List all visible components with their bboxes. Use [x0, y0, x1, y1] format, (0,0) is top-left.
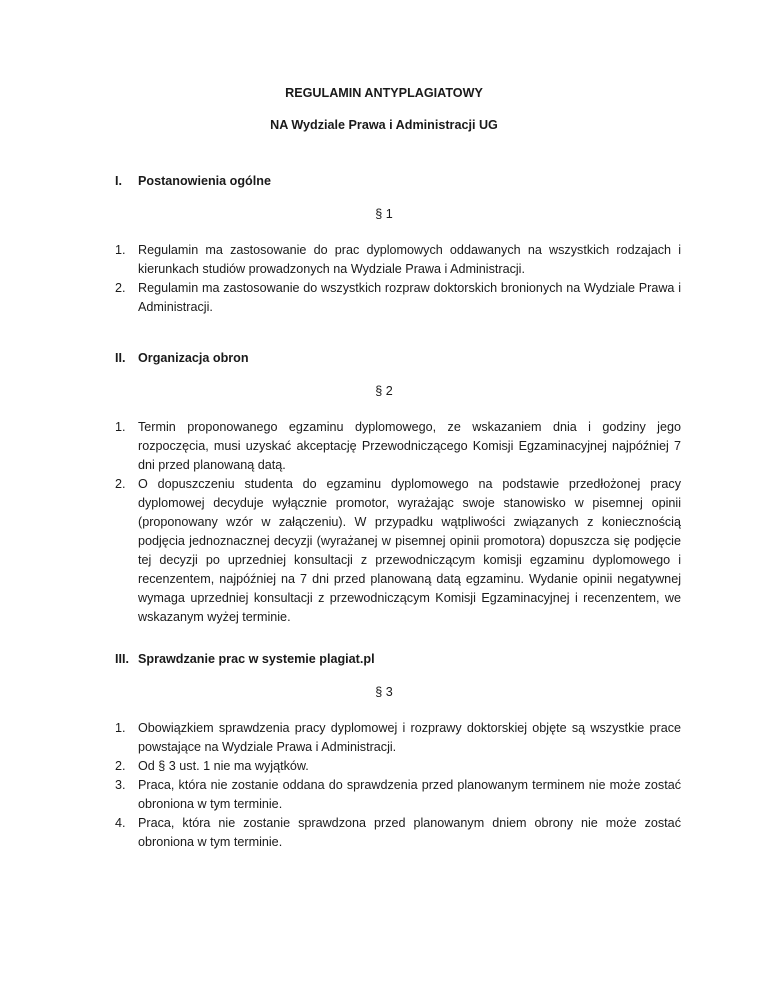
section-heading-1: I.Postanowienia ogólne — [115, 172, 271, 191]
list-item: 1.Regulamin ma zastosowanie do prac dypl… — [115, 241, 681, 279]
list-item: 3.Praca, która nie zostanie oddana do sp… — [115, 776, 681, 814]
section-title: Sprawdzanie prac w systemie plagiat.pl — [138, 652, 375, 666]
document-title: REGULAMIN ANTYPLAGIATOWY — [0, 84, 768, 103]
section-number: I. — [115, 172, 138, 191]
list-item: 2.Regulamin ma zastosowanie do wszystkic… — [115, 279, 681, 317]
section-heading-2: II.Organizacja obron — [115, 349, 249, 368]
section-heading-3: III.Sprawdzanie prac w systemie plagiat.… — [115, 650, 375, 669]
section-number: III. — [115, 650, 138, 669]
list-item: 4.Praca, która nie zostanie sprawdzona p… — [115, 814, 681, 852]
section-2-list: 1.Termin proponowanego egzaminu dyplomow… — [115, 418, 681, 627]
list-item: 2.Od § 3 ust. 1 nie ma wyjątków. — [115, 757, 681, 776]
section-title: Postanowienia ogólne — [138, 174, 271, 188]
paragraph-mark-2: § 2 — [0, 382, 768, 401]
list-item: 1.Obowiązkiem sprawdzenia pracy dyplomow… — [115, 719, 681, 757]
section-title: Organizacja obron — [138, 351, 249, 365]
document-subtitle: NA Wydziale Prawa i Administracji UG — [0, 116, 768, 135]
paragraph-mark-1: § 1 — [0, 205, 768, 224]
section-number: II. — [115, 349, 138, 368]
list-item: 1.Termin proponowanego egzaminu dyplomow… — [115, 418, 681, 475]
document-page: REGULAMIN ANTYPLAGIATOWY NA Wydziale Pra… — [0, 0, 768, 994]
section-1-list: 1.Regulamin ma zastosowanie do prac dypl… — [115, 241, 681, 317]
list-item: 2.O dopuszczeniu studenta do egzaminu dy… — [115, 475, 681, 627]
section-3-list: 1.Obowiązkiem sprawdzenia pracy dyplomow… — [115, 719, 681, 852]
paragraph-mark-3: § 3 — [0, 683, 768, 702]
